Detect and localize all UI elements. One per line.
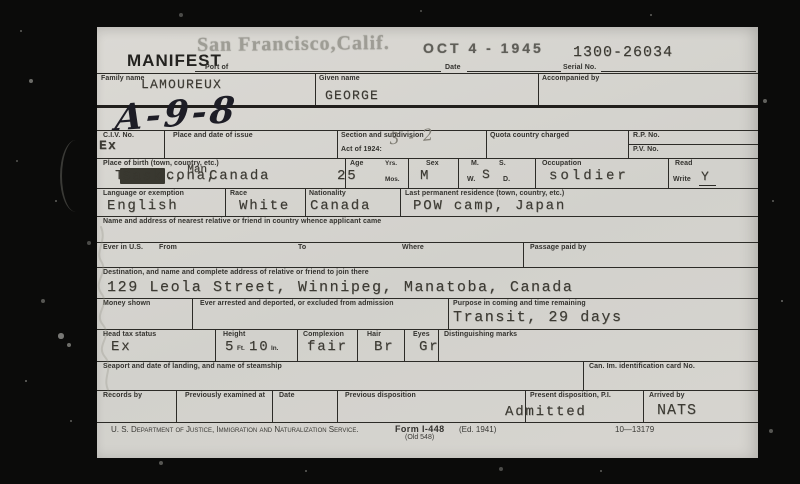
- where-label: Where: [402, 244, 424, 251]
- quota-country-label: Quota country charged: [490, 132, 569, 139]
- hair-value: Br: [374, 339, 394, 355]
- rp-no-label: R.P. No.: [633, 132, 660, 139]
- hair-label: Hair: [367, 331, 381, 338]
- column-divider: [297, 329, 298, 361]
- ever-arrested-label: Ever arrested and deported, or excluded …: [200, 300, 394, 307]
- column-divider: [272, 390, 273, 422]
- marital-widowed-label: W.: [467, 176, 475, 183]
- column-divider: [668, 158, 669, 188]
- footer-form-number: Form I-448: [395, 424, 445, 434]
- ft-label: Ft.: [237, 345, 245, 352]
- occupation-label: Occupation: [542, 160, 582, 167]
- birth-struck-text: Sask: [120, 168, 165, 184]
- section-subdivision-value: 3 - 2: [388, 125, 436, 149]
- arrived-by-label: Arrived by: [649, 392, 685, 399]
- nationality-value: Canada: [310, 198, 371, 214]
- complexion-label: Complexion: [303, 331, 344, 338]
- present-disposition-label: Present disposition, P.I.: [530, 392, 611, 399]
- eyes-label: Eyes: [413, 331, 430, 338]
- column-divider: [486, 130, 487, 158]
- birth-correction: Man: [187, 164, 207, 176]
- language-label: Language or exemption: [103, 190, 184, 197]
- column-divider: [523, 242, 524, 267]
- date-stamp: OCT 4 - 1945: [423, 40, 544, 56]
- column-divider: [404, 329, 405, 361]
- serial-no-label: Serial No.: [563, 64, 596, 71]
- pv-no-label: P.V. No.: [633, 146, 659, 153]
- destination-value: 129 Leola Street, Winnipeg, Manatoba, Ca…: [107, 279, 573, 296]
- nationality-label: Nationality: [309, 190, 346, 197]
- language-value: English: [107, 198, 178, 214]
- marital-status-value: S: [482, 167, 491, 182]
- last-residence-label: Last permanent residence (town, country,…: [405, 190, 564, 197]
- in-label: In.: [271, 345, 278, 352]
- column-divider: [357, 329, 358, 361]
- port-stamp: San Francisco,Calif.: [197, 32, 390, 57]
- row-border: [97, 73, 758, 74]
- civ-no-value: Ex: [99, 138, 117, 153]
- rp-pv-divider-line: [628, 144, 758, 145]
- from-label: From: [159, 244, 177, 251]
- column-divider: [305, 188, 306, 216]
- write-value: Y: [699, 169, 716, 186]
- complexion-value: fair: [307, 339, 348, 355]
- height-label: Height: [223, 331, 245, 338]
- column-divider: [225, 188, 226, 216]
- act-1924-label: Act of 1924:: [341, 146, 382, 153]
- height-in-value: 10: [249, 339, 269, 355]
- destination-label: Destination, and name and complete addre…: [103, 269, 369, 276]
- records-date-label: Date: [279, 392, 295, 399]
- row-border: [97, 298, 758, 299]
- arrived-by-value: NATS: [657, 402, 697, 419]
- column-divider: [215, 329, 216, 361]
- serial-number: 1300-26034: [573, 44, 673, 61]
- column-divider: [176, 390, 177, 422]
- column-divider: [337, 390, 338, 422]
- accompanied-by-label: Accompanied by: [542, 75, 599, 82]
- column-divider: [643, 390, 644, 422]
- date-label: Date: [445, 64, 461, 71]
- purpose-value: Transit, 29 days: [453, 309, 623, 326]
- passage-paid-label: Passage paid by: [530, 244, 586, 251]
- column-divider: [337, 130, 338, 158]
- write-label: Write: [673, 176, 691, 183]
- sex-value: M: [420, 168, 430, 184]
- column-divider: [583, 361, 584, 390]
- place-date-issue-label: Place and date of issue: [173, 132, 253, 139]
- footer-print-code: 10—13179: [615, 425, 654, 434]
- height-ft-value: 5: [225, 339, 235, 355]
- marital-single-label: S.: [499, 160, 506, 167]
- previously-examined-label: Previously examined at: [185, 392, 265, 399]
- can-im-card-no-label: Can. Im. identification card No.: [589, 363, 695, 370]
- place-of-birth-value: Transcona,Sask.,ManCanada: [115, 168, 270, 184]
- age-label: Age: [350, 160, 364, 167]
- marital-divorced-label: D.: [503, 176, 510, 183]
- to-label: To: [298, 244, 306, 251]
- microfilm-scan: MANIFEST Port of Date Serial No. San Fra…: [0, 0, 800, 484]
- column-divider: [538, 73, 539, 105]
- birth-mid: .,: [165, 168, 185, 184]
- manifest-card: MANIFEST Port of Date Serial No. San Fra…: [97, 27, 758, 458]
- pencil-mark: [60, 140, 92, 212]
- given-name-label: Given name: [319, 75, 360, 82]
- footer-edition: (Ed. 1941): [459, 425, 496, 434]
- race-value: White: [239, 198, 290, 214]
- port-of-label: Port of: [205, 64, 228, 71]
- marital-married-label: M.: [471, 160, 479, 167]
- read-label: Read: [675, 160, 693, 167]
- previous-disposition-label: Previous disposition: [345, 392, 416, 399]
- column-divider: [535, 158, 536, 188]
- age-value: 25: [337, 168, 357, 184]
- present-disposition-value: Admitted: [505, 404, 587, 420]
- last-residence-value: POW camp, Japan: [413, 198, 566, 214]
- column-divider: [315, 73, 316, 105]
- birth-suffix: Canada: [209, 168, 270, 184]
- margin-pencil-scribble: [85, 219, 119, 399]
- footer-old-form: (Old 548): [405, 434, 434, 441]
- eyes-value: Gr: [419, 339, 439, 355]
- nearest-relative-label: Name and address of nearest relative or …: [103, 218, 381, 225]
- film-noise-specks: [0, 0, 2, 2]
- race-label: Race: [230, 190, 247, 197]
- column-divider: [164, 130, 165, 158]
- family-name-label: Family name: [101, 75, 145, 82]
- yrs-label: Yrs.: [385, 160, 397, 167]
- row-border: [97, 242, 758, 243]
- column-divider: [400, 188, 401, 216]
- sex-label: Sex: [426, 160, 439, 167]
- occupation-value: soldier: [549, 168, 629, 184]
- column-divider: [448, 298, 449, 329]
- seaport-label: Seaport and date of landing, and name of…: [103, 363, 282, 370]
- given-name-value: GEORGE: [325, 88, 379, 103]
- column-divider: [192, 298, 193, 329]
- distinguishing-marks-label: Distinguishing marks: [444, 331, 517, 338]
- footer-agency: U. S. Department of Justice, Immigration…: [111, 425, 359, 434]
- mos-label: Mos.: [385, 176, 400, 183]
- column-divider: [408, 158, 409, 188]
- column-divider: [458, 158, 459, 188]
- purpose-label: Purpose in coming and time remaining: [453, 300, 586, 307]
